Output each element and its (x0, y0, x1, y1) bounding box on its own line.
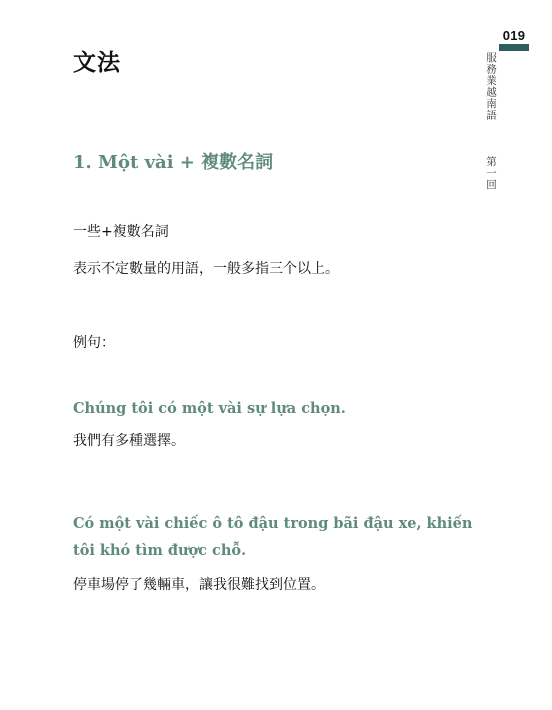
page-number-bar (499, 44, 529, 51)
page-side-marker: 019 (499, 28, 529, 51)
example-1-vietnamese: Chúng tôi có một vài sự lựa chọn. (73, 395, 483, 422)
example-2-chinese: 停車場停了幾輛車，讓我很難找到位置。 (73, 574, 325, 594)
chapter-label-vertical: 第一回 (484, 156, 499, 191)
grammar-pattern: 一些+複數名詞 (73, 221, 169, 241)
example-1-chinese: 我們有多種選擇。 (73, 430, 185, 450)
examples-label: 例句： (73, 332, 115, 352)
grammar-explanation: 表示不定數量的用語，一般多指三个以上。 (73, 258, 339, 278)
section-heading: 1. Một vài + 複數名詞 (73, 148, 273, 174)
page-number: 019 (499, 28, 529, 43)
page-title: 文法 (73, 44, 121, 77)
example-2-vietnamese: Có một vài chiếc ô tô đậu trong bãi đậu … (73, 510, 483, 564)
book-title-vertical: 服務業越南語 (484, 52, 499, 121)
